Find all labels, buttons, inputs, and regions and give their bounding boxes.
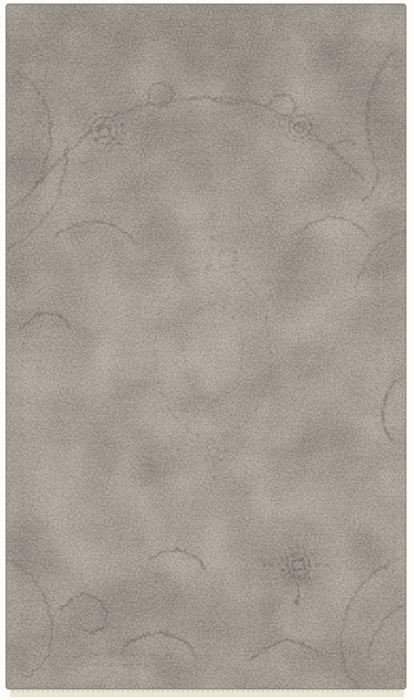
rug-grain-layer [6,4,406,689]
rug-image [0,0,414,700]
rug-photo [0,0,414,700]
